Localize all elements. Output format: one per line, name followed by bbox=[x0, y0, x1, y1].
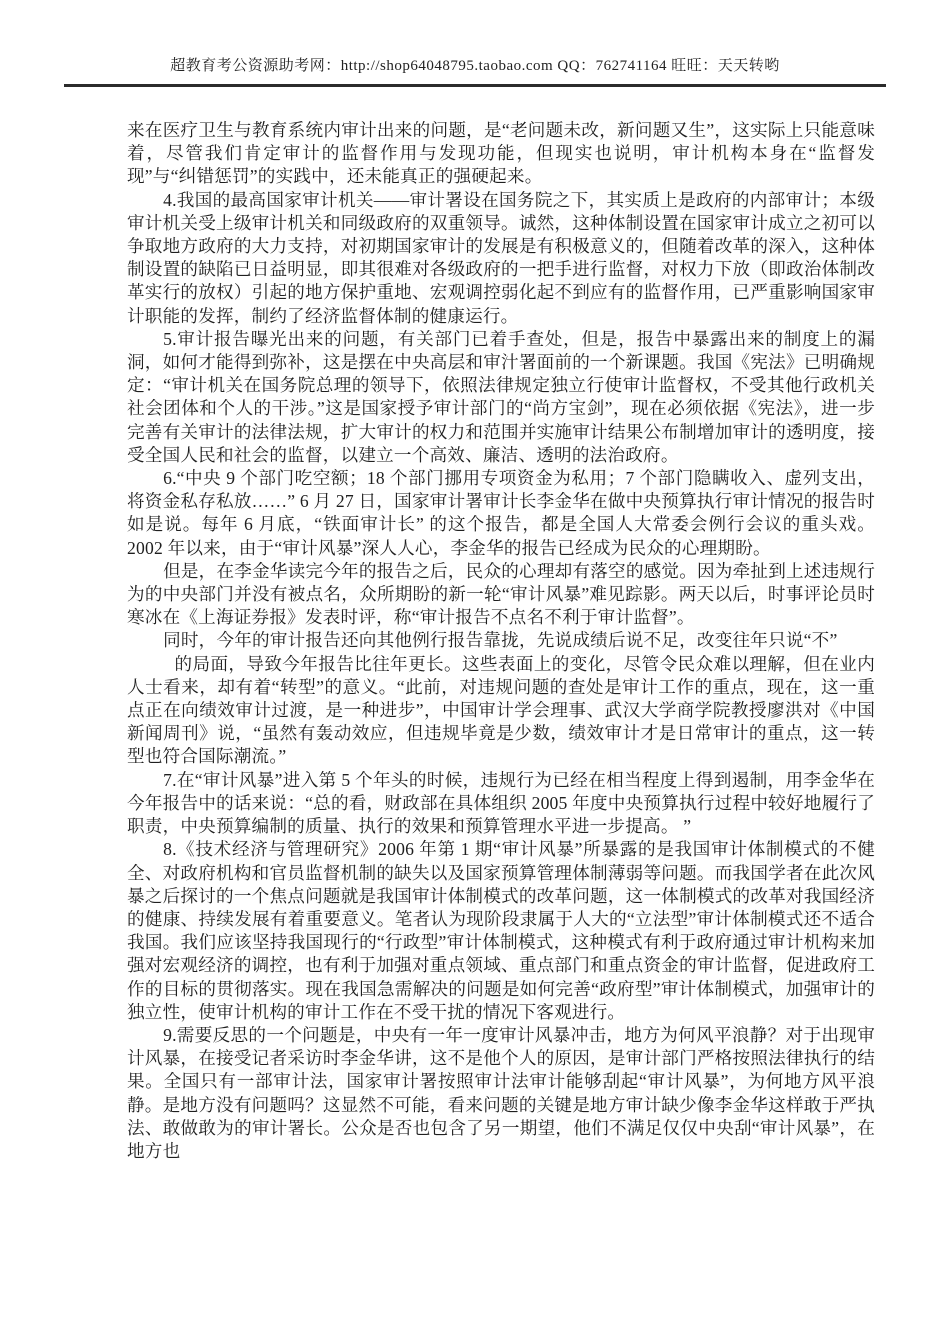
body-paragraph-9: 9.需要反思的一个问题是，中央有一年一度审计风暴冲击，地方为何风平浪静？对于出现… bbox=[127, 1024, 875, 1163]
body-paragraph-5: 5.审计报告曝光出来的问题，有关部门已着手查处，但是，报告中暴露出来的制度上的漏… bbox=[127, 328, 875, 467]
body-paragraph-continuation: 来在医疗卫生与教育系统内审计出来的问题，是“老问题未改，新问题又生”，这实际上只… bbox=[127, 119, 875, 189]
body-paragraph-tongshi: 同时，今年的审计报告还向其他例行报告靠拢，先说成绩后说不足，改变往年只说“不” bbox=[127, 629, 875, 652]
document-body: 来在医疗卫生与教育系统内审计出来的问题，是“老问题未改，新问题又生”，这实际上只… bbox=[127, 119, 875, 1163]
document-page: 超教育考公资源助考网：http://shop64048795.taobao.co… bbox=[0, 0, 950, 1344]
body-paragraph-tongshi-continued: 的局面，导致今年报告比往年更长。这些表面上的变化，尽管令民众难以理解，但在业内人… bbox=[127, 653, 875, 769]
body-paragraph-danshi: 但是，在李金华读完今年的报告之后，民众的心理却有落空的感觉。因为牵扯到上述违规行… bbox=[127, 560, 875, 630]
body-paragraph-7: 7.在“审计风暴”进入第 5 个年头的时候，违规行为已经在相当程度上得到遏制，用… bbox=[127, 769, 875, 839]
body-paragraph-6: 6.“中央 9 个部门吃空额；18 个部门挪用专项资金为私用；7 个部门隐瞒收入… bbox=[127, 467, 875, 560]
body-paragraph-8: 8.《技术经济与管理研究》2006 年第 1 期“审计风暴”所暴露的是我国审计体… bbox=[127, 838, 875, 1024]
body-paragraph-4: 4.我国的最高国家审计机关——审计署设在国务院之下，其实质上是政府的内部审计；本… bbox=[127, 189, 875, 328]
header-shop-info: 超教育考公资源助考网：http://shop64048795.taobao.co… bbox=[170, 58, 780, 74]
page-header: 超教育考公资源助考网：http://shop64048795.taobao.co… bbox=[64, 54, 886, 87]
